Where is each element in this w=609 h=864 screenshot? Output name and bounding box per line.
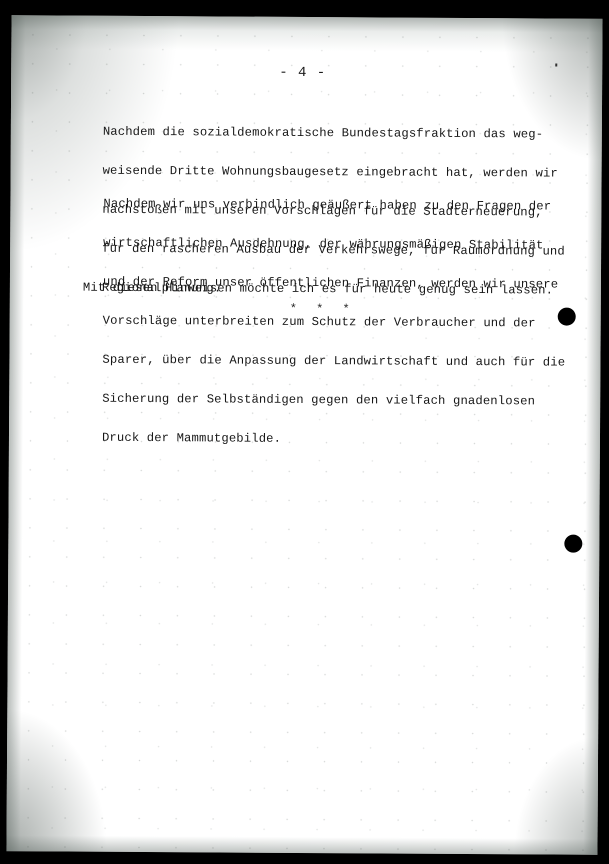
text-line: Sparer, über die Anpassung der Landwirts… xyxy=(102,354,565,370)
text-line: wirtschaftlichen Ausdehnung, der währung… xyxy=(103,237,566,253)
punch-hole-icon xyxy=(558,308,576,326)
text-line: Sicherung der Selbständigen gegen den vi… xyxy=(102,393,565,409)
text-line: Nachdem die sozialdemokratische Bundesta… xyxy=(103,126,566,142)
text-line: Druck der Mammutgebilde. xyxy=(102,432,565,448)
text-line: Mit diesen Hinweisen möchte ich es für h… xyxy=(83,282,553,298)
scanned-page: - 4 - Nachdem die sozialdemokratische Bu… xyxy=(6,15,602,855)
page-number: - 4 - xyxy=(279,65,326,81)
text-line: Nachdem wir uns verbindlich geäußert hab… xyxy=(103,198,566,214)
punch-hole-icon xyxy=(564,535,582,553)
scan-speck xyxy=(555,64,557,67)
section-separator: * * * xyxy=(290,302,356,316)
